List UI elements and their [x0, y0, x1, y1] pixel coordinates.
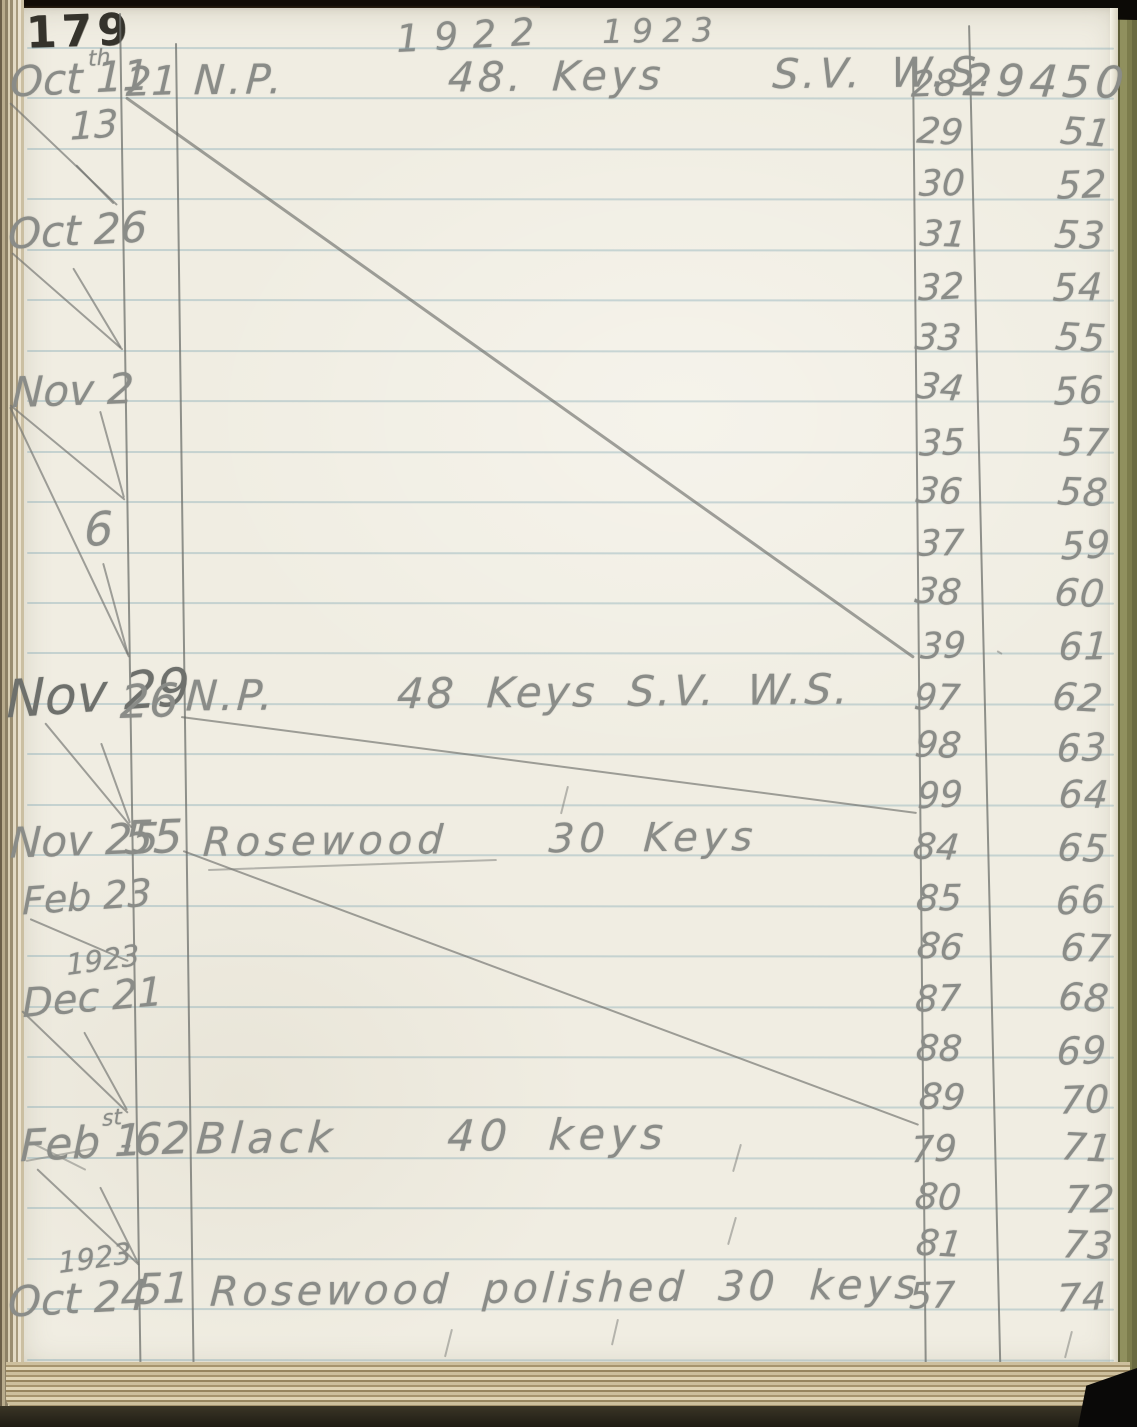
stock-number: 87 [914, 981, 961, 1019]
serial-number: 70 [1059, 1080, 1111, 1120]
stock-number: 80 [913, 1179, 963, 1216]
scanned-ledger-page: 179 1922 1923 28293031323334353637383997… [0, 0, 1137, 1427]
serial-number: 65 [1056, 828, 1110, 868]
stock-number: 36 [914, 474, 964, 511]
ruled-line [27, 1359, 1114, 1361]
stock-number: 29 [915, 114, 965, 152]
stock-number: 33 [914, 320, 963, 357]
serial-number: 72 [1064, 1180, 1116, 1219]
entry-date-suffix: - [119, 1128, 133, 1160]
serial-number: 71 [1060, 1128, 1115, 1168]
stock-number: 31 [918, 217, 968, 254]
entry-lot-number: 26 [119, 677, 179, 725]
stock-number: 88 [915, 1031, 964, 1068]
entry-description: N.P. 48 Keys S.V. W.S. [185, 669, 852, 718]
paper-edge-highlight [1110, 8, 1118, 1368]
stock-number: 35 [918, 425, 965, 463]
serial-number: 56 [1053, 371, 1105, 411]
serial-number: 58 [1056, 472, 1110, 512]
stock-number: 89 [917, 1079, 967, 1116]
serial-number: 64 [1057, 775, 1111, 814]
entry-lot-number: 55 [123, 813, 183, 861]
entry-description: N.P. 48. Keys S.V. W.S. [193, 52, 998, 101]
serial-number: 51 [1058, 112, 1114, 153]
entry-description: Rosewood 30 Keys [202, 817, 759, 863]
stock-number: 32 [918, 269, 964, 307]
stock-number: 34 [915, 369, 966, 408]
serial-number: 57 [1057, 423, 1111, 462]
serial-number: 74 [1057, 1277, 1108, 1318]
entry-lot-number: 51 [135, 1267, 190, 1311]
entry-date-superscript: th [88, 47, 111, 71]
entry-lot-number: 21 [125, 61, 177, 103]
year-heading-1923: 1923 [602, 13, 723, 48]
stock-number: 85 [915, 881, 963, 918]
year-heading-1922: 1922 [395, 12, 549, 58]
stock-number: 97 [913, 680, 962, 717]
table-surface-bottom [0, 1406, 1137, 1427]
stock-number: 38 [913, 574, 963, 612]
serial-number: 73 [1061, 1225, 1115, 1265]
serial-number: 67 [1059, 928, 1113, 968]
serial-number: 63 [1056, 728, 1108, 768]
stock-number: 99 [917, 777, 963, 815]
margin-date: 13 [70, 104, 118, 145]
stock-number: 86 [915, 928, 965, 966]
margin-date: Nov 2 [11, 368, 134, 414]
margin-date: 6 [84, 505, 114, 554]
serial-number: 54 [1052, 268, 1104, 307]
entry-description: Rosewood polished 30 keys [209, 1264, 922, 1312]
stock-number: 30 [918, 166, 966, 203]
serial-number: 68 [1057, 978, 1112, 1018]
serial-number: 52 [1056, 165, 1108, 205]
serial-number: 53 [1053, 215, 1107, 255]
stock-number: 79 [911, 1131, 957, 1169]
stock-number: 98 [913, 728, 963, 765]
stock-number: 84 [911, 829, 961, 866]
margin-date: Oct 26 [8, 206, 148, 255]
stock-number: 81 [914, 1226, 964, 1264]
entry-lot-number: 62 [133, 1117, 191, 1163]
stock-number: 39 [919, 628, 966, 666]
book-cover-edge-right [1118, 0, 1137, 1427]
entry-date: Oct 24 [8, 1274, 148, 1323]
margin-date: Feb 23 [22, 873, 151, 920]
entry-description: Black 40 keys [195, 1114, 669, 1162]
serial-number: 59 [1061, 525, 1112, 566]
serial-number: 69 [1056, 1031, 1108, 1071]
entry-date-superscript: st [102, 1107, 123, 1131]
serial-number: 66 [1056, 880, 1107, 921]
serial-number: 62 [1051, 677, 1106, 717]
serial-number: 55 [1054, 317, 1109, 357]
margin-date: Dec 21 [22, 972, 163, 1024]
serial-number: 61 [1058, 627, 1110, 666]
stock-number: 37 [917, 526, 965, 563]
page-stack-bottom-edge [6, 1362, 1130, 1408]
serial-number: 60 [1053, 573, 1107, 613]
